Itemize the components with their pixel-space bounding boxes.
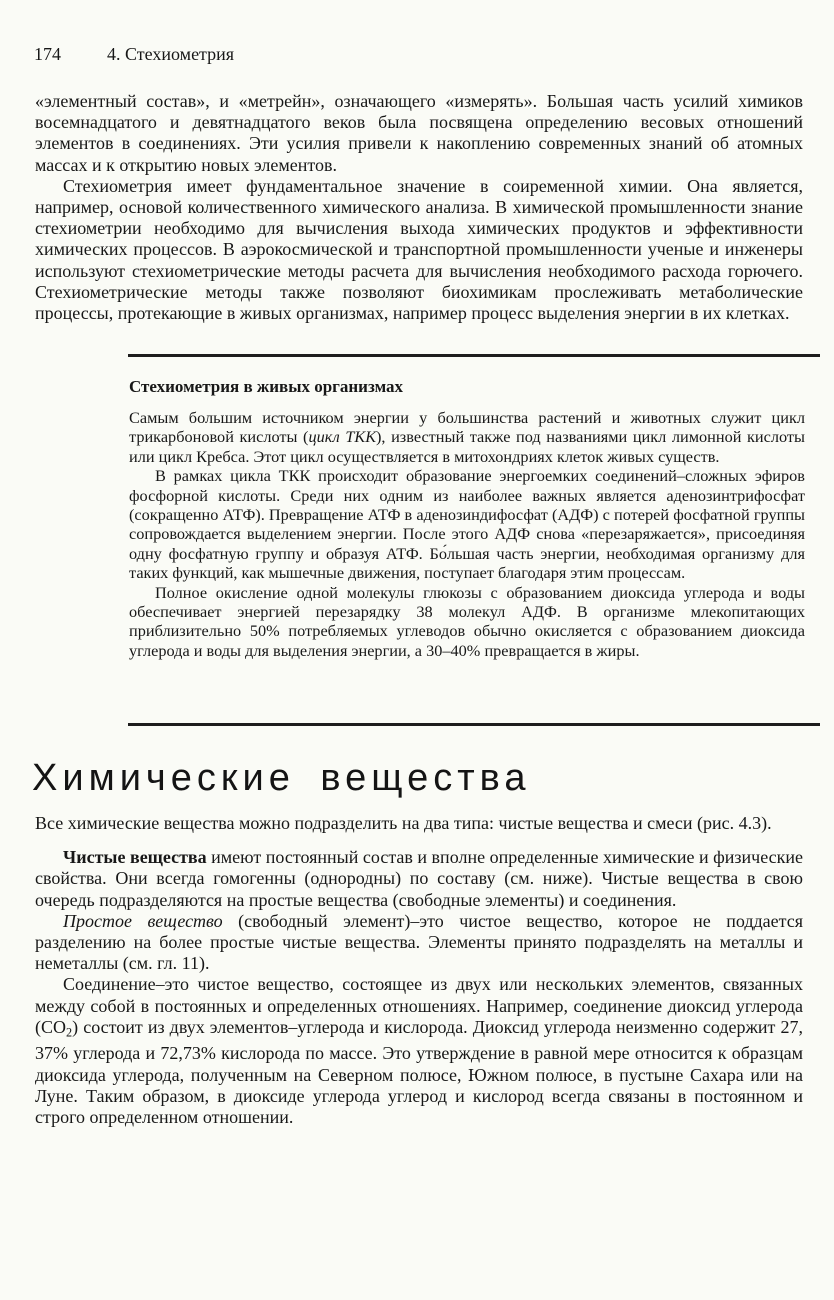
section-paragraph: Чистые вещества имеют постоянный состав … <box>35 847 803 911</box>
section-paragraph: Соединение–это чистое вещество, состояще… <box>35 974 803 1128</box>
text-segment: цикл ТКК <box>308 427 376 446</box>
section-text: Все химические вещества можно подраздели… <box>35 813 803 1128</box>
text-segment: Полное окисление одной молекулы глюкозы … <box>129 583 805 660</box>
text-segment: В рамках цикла ТКК происходит образовани… <box>129 466 805 582</box>
intro-text: «элементный состав», и «метрейн», означа… <box>35 91 803 324</box>
book-page: 1744. Стехиометрия «элементный состав», … <box>0 0 834 1300</box>
intro-paragraph: «элементный состав», и «метрейн», означа… <box>35 91 803 176</box>
page-number: 174 <box>34 44 61 64</box>
box-paragraph: Полное окисление одной молекулы глюкозы … <box>129 583 805 661</box>
box-title: Стехиометрия в живых организмах <box>129 377 805 397</box>
section-paragraph: Простое вещество (свободный элемент)–это… <box>35 911 803 975</box>
text-segment: Чистые вещества <box>63 847 207 867</box>
box-divider-bottom <box>128 723 820 726</box>
chapter-title: 4. Стехиометрия <box>107 44 234 64</box>
box-paragraph: Самым большим источником энергии у больш… <box>129 408 805 466</box>
text-segment: Простое вещество <box>63 911 223 931</box>
section-heading: Химические вещества <box>32 756 531 800</box>
text-segment: Стехиометрия имеет фундаментальное значе… <box>35 176 803 323</box>
text-segment: Все химические вещества можно подраздели… <box>35 813 772 833</box>
section-paragraph: Все химические вещества можно подраздели… <box>35 813 803 834</box>
text-segment: ) состоит из двух элементов–углерода и к… <box>35 1017 803 1127</box>
intro-paragraph: Стехиометрия имеет фундаментальное значе… <box>35 176 803 324</box>
box-paragraph: В рамках цикла ТКК происходит образовани… <box>129 466 805 582</box>
running-head: 1744. Стехиометрия <box>34 44 802 64</box>
box-divider-top <box>128 354 820 357</box>
text-segment: «элементный состав», и «метрейн», означа… <box>35 91 803 175</box>
biology-box: Стехиометрия в живых организмах Самым бо… <box>129 377 805 660</box>
